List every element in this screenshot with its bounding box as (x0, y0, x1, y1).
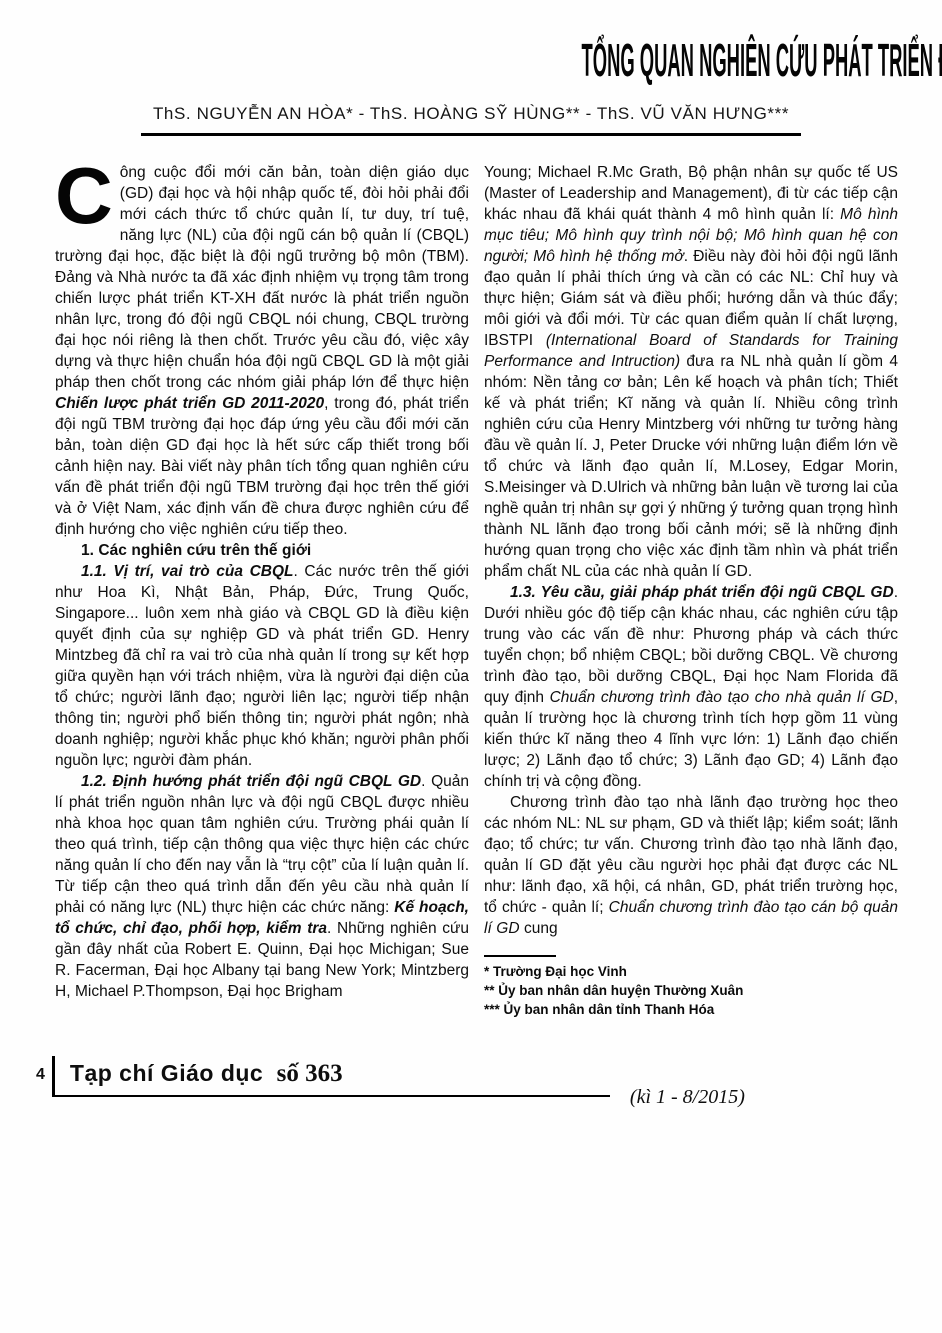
paragraph-1-1: 1.1. Vị trí, vai trò của CBQL. Các nước … (55, 561, 469, 771)
right-column: Young; Michael R.Mc Grath, Bộ phận nhân … (484, 162, 898, 1019)
footnote-separator (484, 955, 556, 957)
left-column: Công cuộc đổi mới căn bản, toàn diện giá… (55, 162, 469, 1019)
page-number: 4 (36, 1066, 45, 1097)
subsection-label: 1.3. Yêu cầu, giải pháp phát triển đội n… (510, 584, 894, 601)
text-run: Young; Michael R.Mc Grath, Bộ phận nhân … (484, 164, 898, 223)
byline: ThS. NGUYỄN AN HÒA* - ThS. HOÀNG SỸ HÙNG… (0, 104, 942, 136)
paragraph-intro: Công cuộc đổi mới căn bản, toàn diện giá… (55, 162, 469, 540)
text-run: đưa ra NL nhà quản lí gồm 4 nhóm: Nền tả… (484, 353, 898, 580)
issue-number: số 363 (277, 1060, 343, 1087)
scanned-article-page: TỔNG QUAN NGHIÊN CỨU PHÁT TRIỂN ĐỘI NGŨ … (0, 0, 942, 1333)
text-run: Chương trình đào tạo nhà lãnh đạo trường… (484, 794, 898, 916)
text-run: . Quản lí phát triển nguồn nhân lực và đ… (55, 773, 469, 916)
text-run: cung (520, 920, 558, 937)
footnote-affiliation-2: ** Ủy ban nhân dân huyện Thường Xuân (484, 981, 898, 1000)
issue-date: (kì 1 - 8/2015) (630, 1086, 745, 1109)
article-title: TỔNG QUAN NGHIÊN CỨU PHÁT TRIỂN ĐỘI NGŨ … (0, 0, 942, 86)
paragraph-management-models: Young; Michael R.Mc Grath, Bộ phận nhân … (484, 162, 898, 582)
paragraph-1-3: 1.3. Yêu cầu, giải pháp phát triển đội n… (484, 582, 898, 792)
dropcap-letter: C (55, 162, 120, 227)
footnotes: * Trường Đại học Vinh ** Ủy ban nhân dân… (484, 955, 898, 1019)
section-heading-world-research: 1. Các nghiên cứu trên thế giới (55, 540, 469, 561)
article-body: Công cuộc đổi mới căn bản, toàn diện giá… (0, 162, 942, 1019)
page-footer: 4 Tạp chí Giáo dục số 363 (kì 1 - 8/2015… (36, 1056, 916, 1097)
article-title-text: TỔNG QUAN NGHIÊN CỨU PHÁT TRIỂN ĐỘI NGŨ … (582, 34, 942, 86)
subsection-label: 1.2. Định hướng phát triển đội ngũ CBQL … (81, 773, 421, 790)
text-run-italic: Chuẩn chương trình đào tạo cho nhà quản … (550, 689, 894, 706)
text-run: . Dưới nhiều góc độ tiếp cận khác nhau, … (484, 584, 898, 706)
footnote-affiliation-1: * Trường Đại học Vinh (484, 962, 898, 981)
paragraph-1-2: 1.2. Định hướng phát triển đội ngũ CBQL … (55, 771, 469, 1002)
byline-text: ThS. NGUYỄN AN HÒA* - ThS. HOÀNG SỸ HÙNG… (141, 104, 801, 136)
subsection-label: 1.1. Vị trí, vai trò của CBQL (81, 563, 293, 580)
journal-name: Tạp chí Giáo dục (70, 1060, 263, 1086)
text-run: . Các nước trên thế giới như Hoa Kì, Nhậ… (55, 563, 469, 769)
text-run-emphasis: Chiến lược phát triển GD 2011-2020 (55, 395, 324, 412)
footnote-affiliation-3: *** Ủy ban nhân dân tỉnh Thanh Hóa (484, 1000, 898, 1019)
text-run: , trong đó, phát triển đội ngũ TBM trườn… (55, 395, 469, 538)
paragraph-training-programs: Chương trình đào tạo nhà lãnh đạo trường… (484, 792, 898, 939)
journal-title-block: Tạp chí Giáo dục số 363 (52, 1056, 610, 1097)
